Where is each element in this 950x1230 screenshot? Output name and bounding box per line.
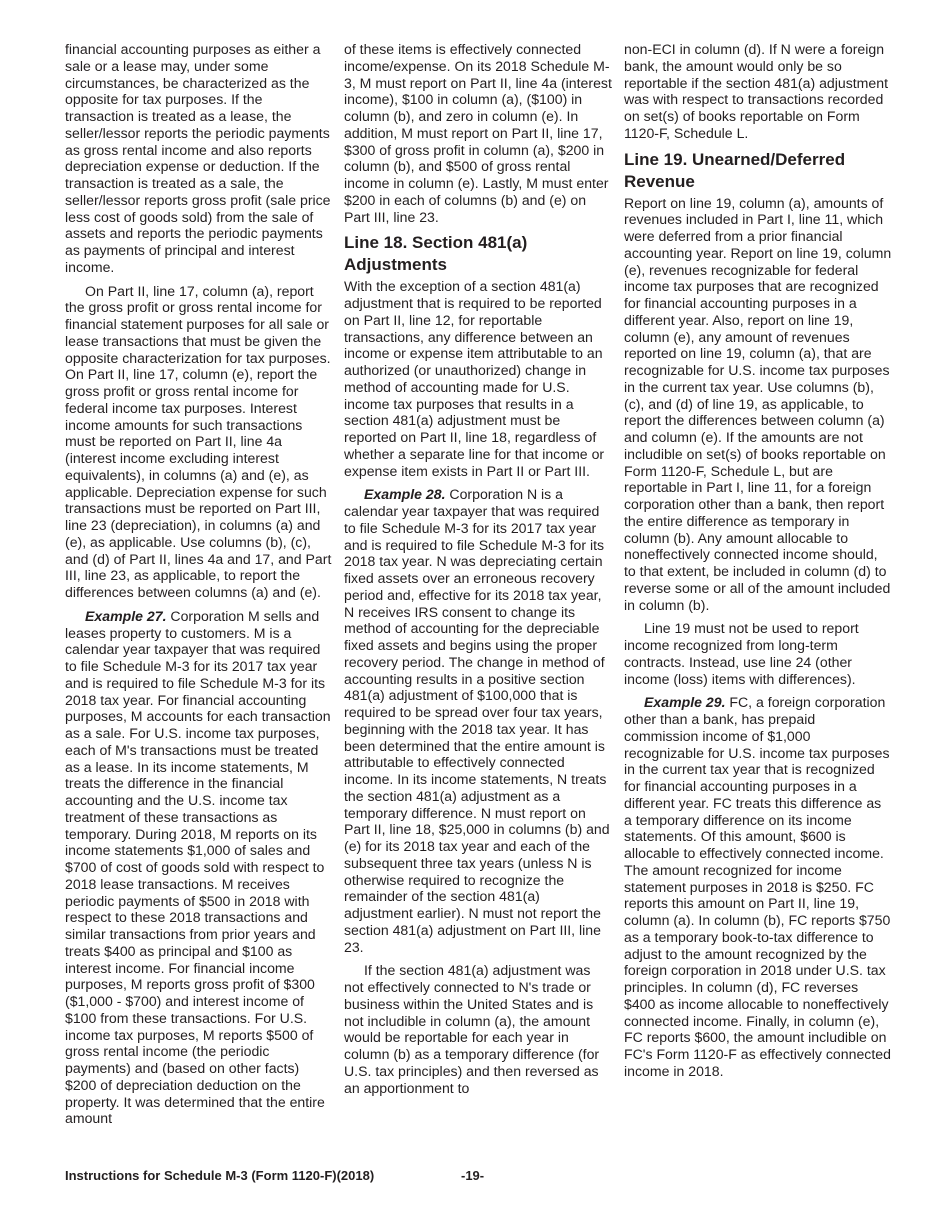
example-label: Example 28.	[364, 486, 445, 502]
page-number: -19-	[461, 1168, 484, 1183]
example-label: Example 29.	[644, 694, 725, 710]
paragraph-sale-lease-characterization: financial accounting purposes as either …	[65, 41, 333, 276]
example-27: Example 27. Corporation M sells and leas…	[65, 608, 333, 1127]
example-text: FC, a foreign corporation other than a b…	[624, 694, 891, 1079]
paragraph-section-481a: With the exception of a section 481(a) a…	[344, 278, 612, 479]
example-text: Corporation M sells and leases property …	[65, 608, 331, 1127]
paragraph-line-19-report: Report on line 19, column (a), amounts o…	[624, 195, 892, 614]
paragraph-non-eci-continued: non-ECI in column (d). If N were a forei…	[624, 41, 892, 142]
section-heading-line-19: Line 19. Unearned/Deferred Revenue	[624, 149, 892, 193]
paragraph-example-27-continued: of these items is effectively connected …	[344, 41, 612, 225]
text-column-2: of these items is effectively connected …	[344, 41, 612, 1103]
example-text: Corporation N is a calendar year taxpaye…	[344, 486, 610, 954]
page-footer-title: Instructions for Schedule M-3 (Form 1120…	[65, 1168, 374, 1183]
paragraph-not-effectively-connected: If the section 481(a) adjustment was not…	[344, 962, 612, 1096]
text-column-1: financial accounting purposes as either …	[65, 41, 333, 1134]
section-heading-line-18: Line 18. Section 481(a) Adjustments	[344, 232, 612, 276]
text-column-3: non-ECI in column (d). If N were a forei…	[624, 41, 892, 1087]
paragraph-line-19-long-term: Line 19 must not be used to report incom…	[624, 620, 892, 687]
example-label: Example 27.	[85, 608, 166, 624]
paragraph-part-ii-line-17: On Part II, line 17, column (a), report …	[65, 283, 333, 601]
example-29: Example 29. FC, a foreign corporation ot…	[624, 694, 892, 1079]
example-28: Example 28. Corporation N is a calendar …	[344, 486, 612, 955]
